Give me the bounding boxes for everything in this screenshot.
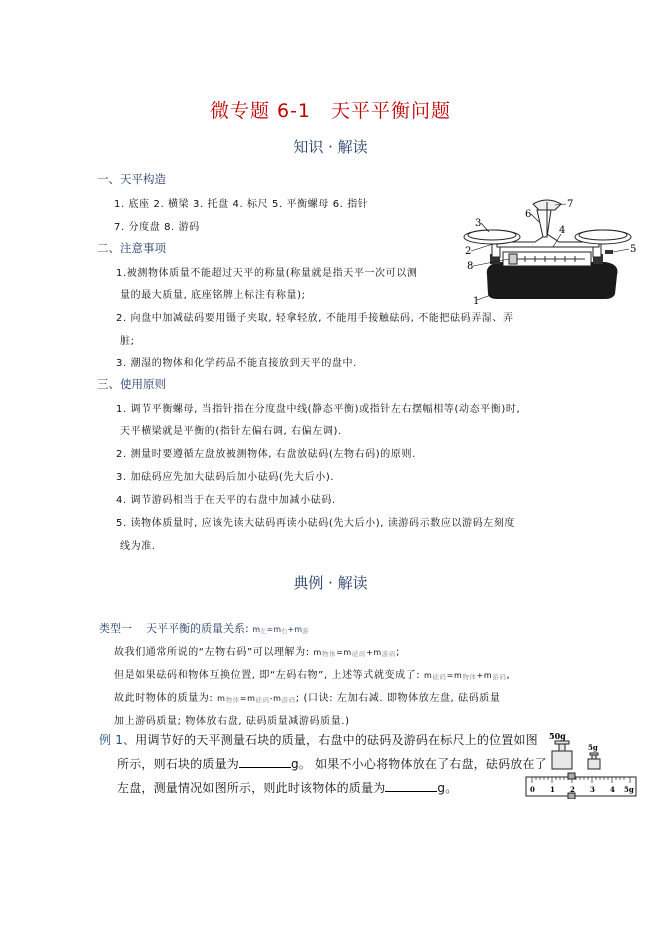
example1-line-3: 左盘，测量情况如图所示，则此时该物体的质量为g。 (117, 779, 457, 796)
svg-text:7: 7 (567, 199, 573, 210)
svg-text:1: 1 (550, 785, 555, 794)
answer-blank-2[interactable] (385, 780, 437, 792)
example1-label: 例 1、 (99, 733, 135, 747)
heading-balance-structure: 一、天平构造 (97, 171, 166, 187)
answer-blank-1[interactable] (239, 756, 291, 768)
heading-precautions: 二、注意事项 (97, 240, 166, 256)
principle-1-line-2: 天平横梁就是平衡的(指针左偏右调, 右偏左调). (120, 422, 342, 437)
section-heading-knowledge: 知识 · 解读 (0, 136, 661, 157)
principle-2: 2. 测量时要遵循左盘放被测物体, 右盘放砝码(左物右码)的原则. (116, 445, 416, 460)
title-part2: 天平平衡问题 (331, 100, 451, 122)
title-part1: 微专题 6-1 (210, 100, 311, 122)
type1-heading: 类型一天平平衡的质量关系: m左=m右+m游 (99, 620, 309, 636)
svg-text:5g: 5g (588, 743, 598, 752)
precaution-2-line-1: 2. 向盘中加减砝码要用镊子夹取, 轻拿轻放, 不能用手接触砝码, 不能把砝码弄… (116, 309, 514, 324)
type1-label: 类型一 (99, 622, 132, 635)
svg-text:3: 3 (590, 785, 595, 794)
example1-line-2: 所示，则石块的质量为g。 如果不小心将物体放在了右盘，砝码放在了 (117, 755, 547, 772)
svg-text:50g: 50g (549, 731, 566, 741)
svg-text:5: 5 (630, 244, 636, 255)
svg-text:2: 2 (465, 246, 471, 257)
svg-text:4: 4 (559, 225, 565, 236)
svg-text:3: 3 (475, 218, 481, 229)
principle-4: 4. 调节游码相当于在天平的右盘中加减小砝码. (116, 491, 336, 506)
structure-line-2: 7. 分度盘 8. 游码 (114, 218, 200, 233)
svg-text:1: 1 (473, 296, 479, 307)
example1-line-1: 例 1、用调节好的天平测量石块的质量，右盘中的砝码及游码在标尺上的位置如图 (99, 731, 538, 748)
precaution-2-line-2: 脏; (120, 332, 135, 347)
principle-1-line-1: 1. 调节平衡螺母, 当指针指在分度盘中线(静态平衡)或指针左右摆幅相等(动态平… (116, 400, 520, 415)
principle-3: 3. 加砝码应先加大砝码后加小砝码(先大后小). (116, 468, 334, 483)
type1-line-2: 但是如果砝码和物体互换位置, 即“左码右物”, 上述等式就变成了: m砝码=m物… (114, 666, 510, 681)
weights-ruler-diagram: 50g 5g 0 1 2 (522, 727, 644, 799)
heading-usage-principles: 三、使用原则 (97, 376, 166, 392)
precaution-1-line-2: 量的最大质量, 底座铭牌上标注有称量); (120, 286, 306, 301)
svg-text:4: 4 (610, 785, 615, 794)
svg-text:5g: 5g (624, 785, 634, 794)
type1-line-1: 故我们通常所说的“左物右码”可以理解为: m物体=m砝码+m游码; (114, 643, 400, 658)
svg-text:8: 8 (467, 261, 473, 272)
section-heading-examples: 典例 · 解读 (0, 572, 661, 593)
balance-illustration-icon: 1 2 3 4 5 6 7 8 (455, 192, 645, 307)
type1-text: 天平平衡的质量关系: (146, 622, 249, 635)
principle-5-line-1: 5. 读物体质量时, 应该先读大砝码再读小砝码(先大后小), 读游码示数应以游码… (116, 514, 515, 529)
principle-5-line-2: 线为准. (120, 537, 156, 552)
svg-text:2: 2 (570, 785, 575, 794)
precaution-3: 3. 潮湿的物体和化学药品不能直接放到天平的盘中. (116, 354, 357, 369)
structure-line-1: 1. 底座 2. 横梁 3. 托盘 4. 标尺 5. 平衡螺母 6. 指针 (114, 195, 368, 210)
document-title: 微专题 6-1天平平衡问题 (0, 96, 661, 123)
type1-line-4: 加上游码质量; 物体放右盘, 砝码质量减游码质量.) (114, 712, 350, 727)
svg-text:6: 6 (525, 209, 531, 220)
type1-line-3: 故此时物体的质量为: m物体=m砝码-m游码; (口诀: 左加右减. 即物体放左… (114, 689, 501, 704)
weights-and-rider-icon: 50g 5g 0 1 2 (522, 727, 644, 799)
balance-diagram: 1 2 3 4 5 6 7 8 (455, 192, 645, 307)
precaution-1-line-1: 1.被测物体质量不能超过天平的称量(称量就是指天平一次可以测 (116, 264, 417, 279)
svg-text:0: 0 (530, 785, 535, 794)
